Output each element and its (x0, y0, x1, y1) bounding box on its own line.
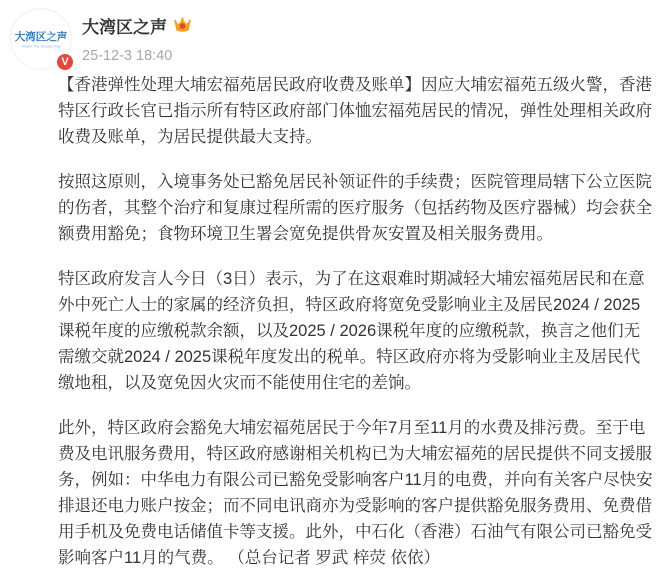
avatar-logo-subtext: Radio The Greater Bay (22, 45, 59, 49)
author-meta: 大湾区之声 25-12-3 18:40 (82, 13, 192, 64)
post-paragraph-2: 按照这原则，入境事务处已豁免居民补领证件的手续费；医院管理局辖下公立医院的伤者，… (58, 169, 653, 247)
vip-crown-icon (173, 16, 192, 35)
weibo-post: 大湾区之声 Radio The Greater Bay V 大湾区之声 25-1… (0, 0, 660, 574)
verified-v-icon: V (55, 52, 75, 72)
avatar-logo-text: 大湾区之声 (11, 29, 71, 44)
avatar[interactable]: 大湾区之声 Radio The Greater Bay V (10, 8, 72, 70)
post-paragraph-4: 此外，特区政府会豁免大埔宏福苑居民于今年7月至11月的水费及排污费。至于电费及电… (58, 415, 653, 571)
author-name[interactable]: 大湾区之声 (82, 13, 167, 38)
post-header: 大湾区之声 Radio The Greater Bay V 大湾区之声 25-1… (0, 0, 660, 70)
post-paragraph-1: 【香港弹性处理大埔宏福苑居民政府收费及账单】因应大埔宏福苑五级火警，香港特区行政… (58, 72, 653, 150)
post-body: 【香港弹性处理大埔宏福苑居民政府收费及账单】因应大埔宏福苑五级火警，香港特区行政… (58, 72, 653, 571)
author-name-row: 大湾区之声 (82, 13, 192, 38)
post-paragraph-3: 特区政府发言人今日（3日）表示，为了在这艰难时期减轻大埔宏福苑居民和在意外中死亡… (58, 266, 653, 396)
post-timestamp[interactable]: 25-12-3 18:40 (82, 48, 192, 64)
